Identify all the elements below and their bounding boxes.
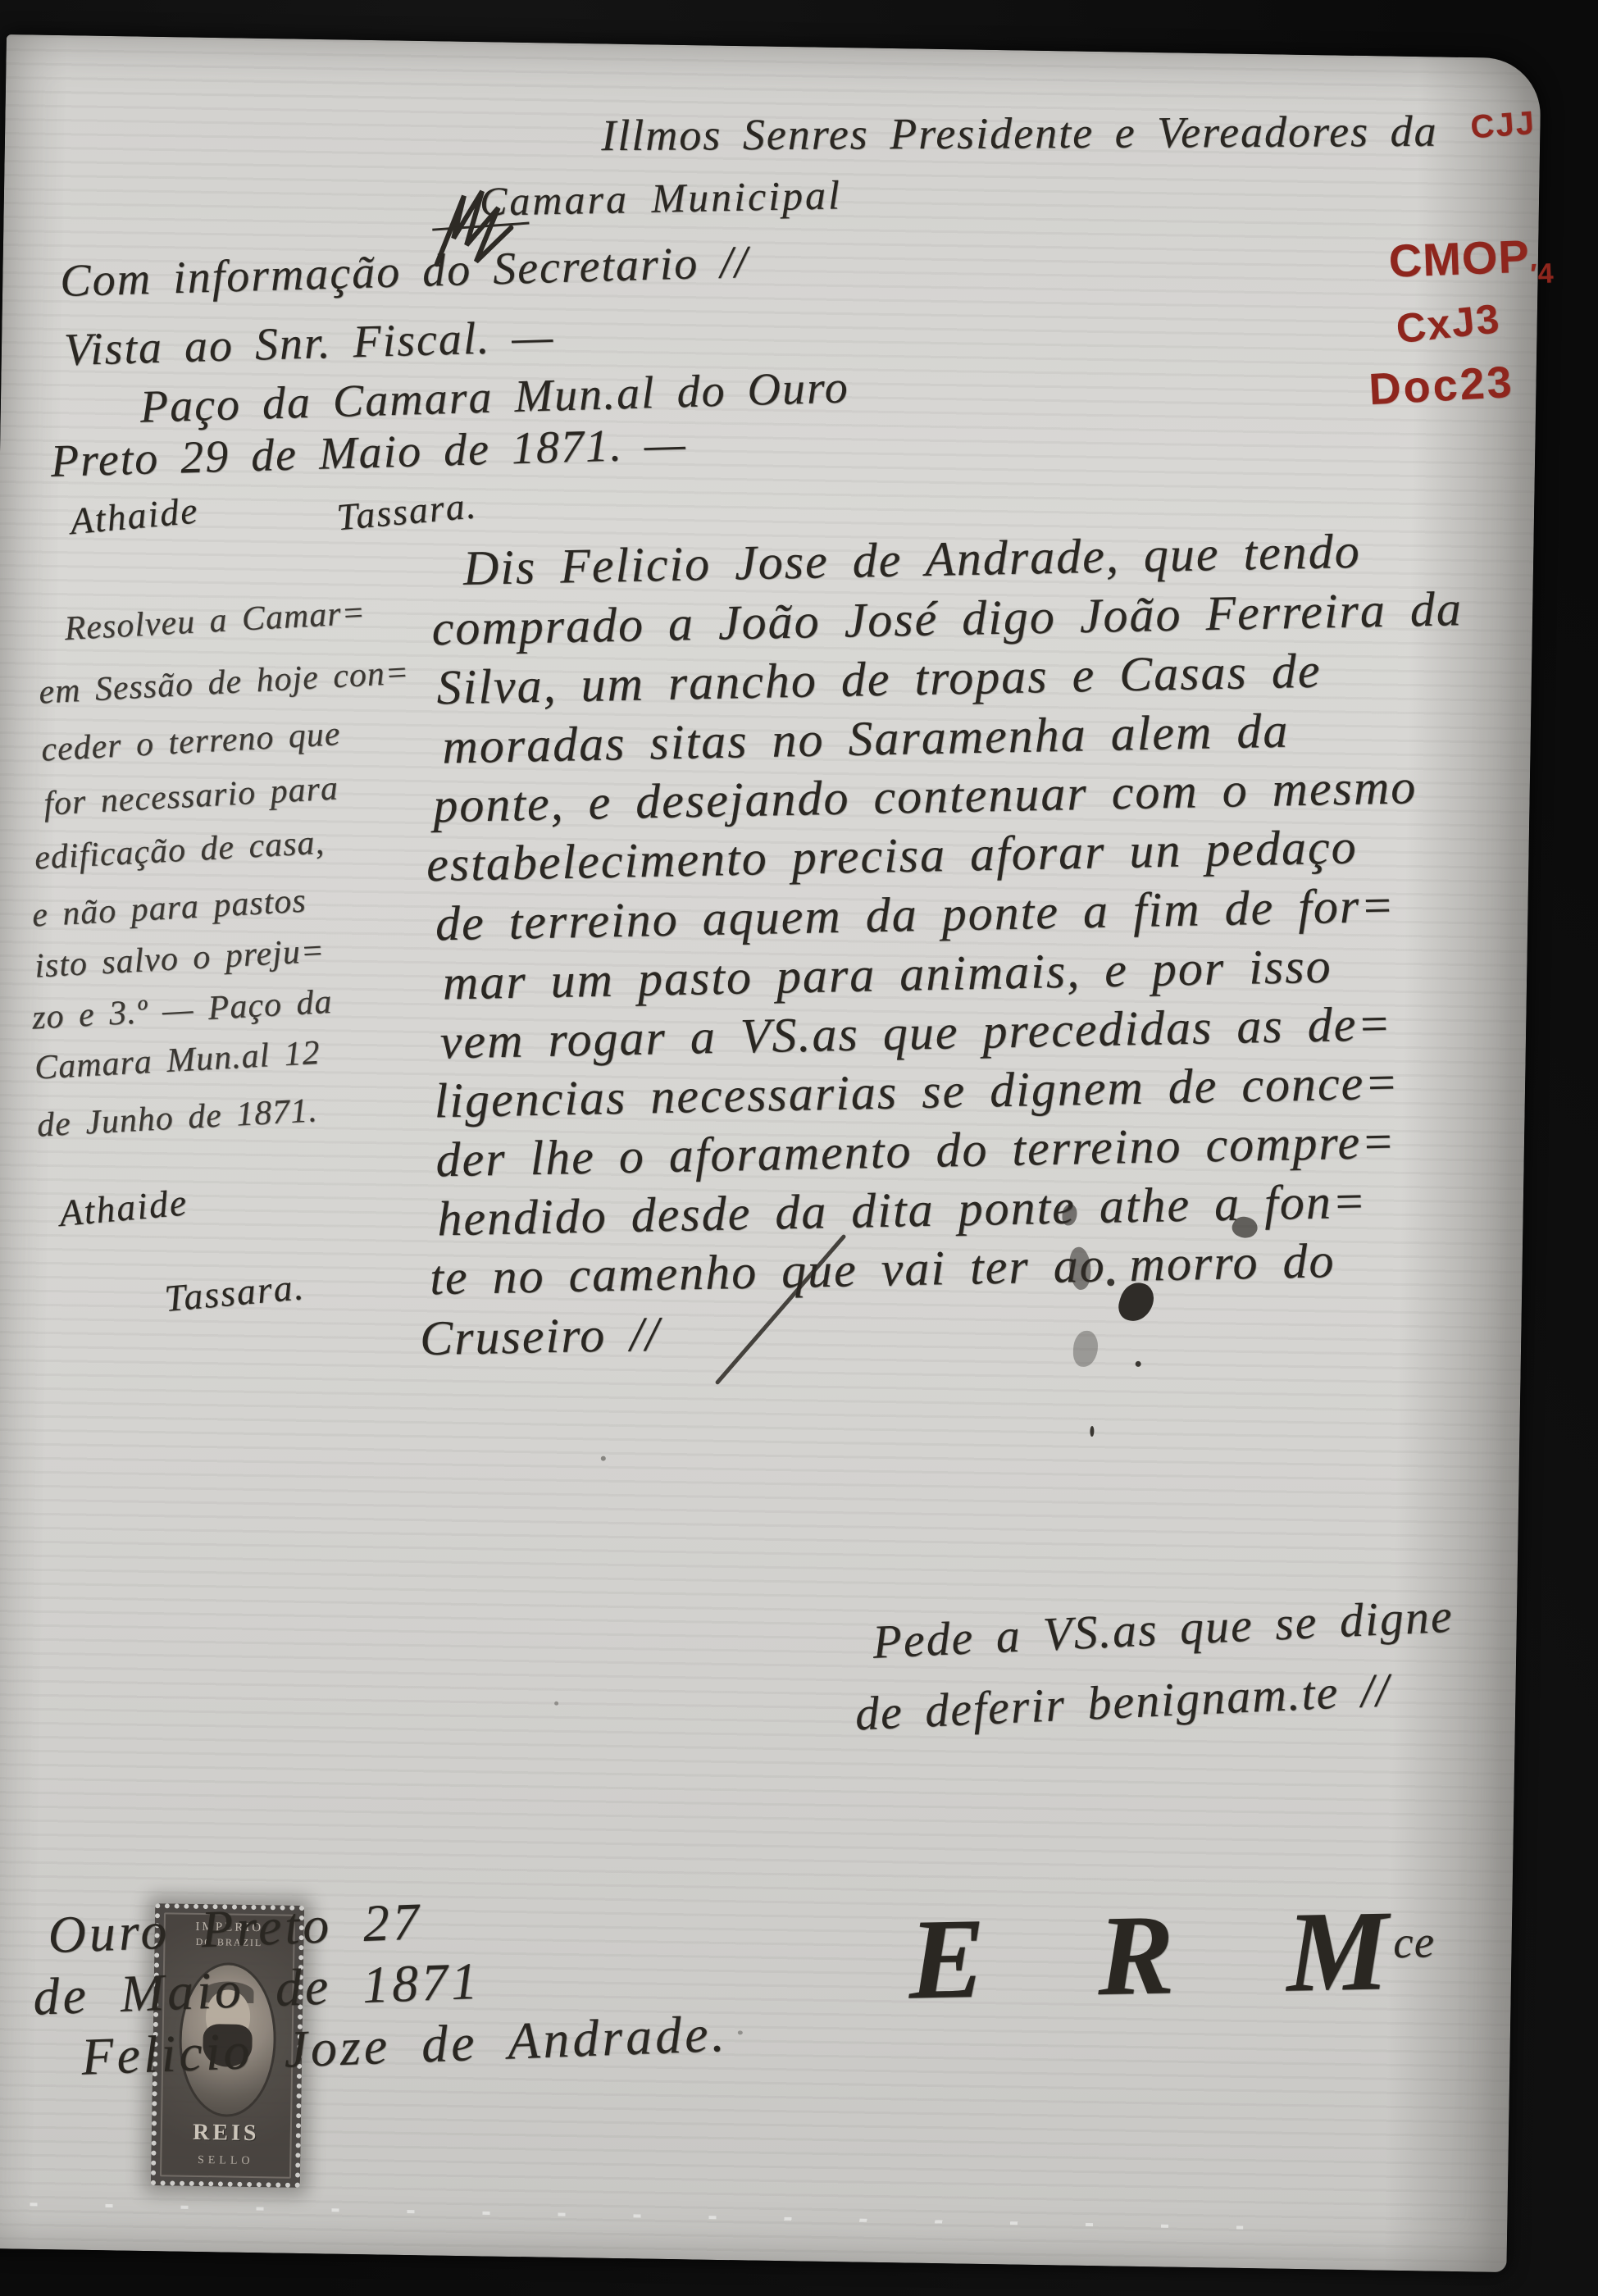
margin-note-line-5: edificação de casa, — [34, 823, 326, 878]
stamp-value-label: REIS — [162, 2119, 290, 2147]
archival-doc-number: Doc23 — [1368, 357, 1515, 415]
margin-note-line-10: de Junho de 1871. — [36, 1091, 319, 1145]
header-salutation-line: Illmos Senres Presidente e Vereadores da — [601, 106, 1438, 161]
erm-letters: E R M — [908, 1887, 1395, 2023]
margin-note-line-9: Camara Mun.al 12 — [34, 1033, 321, 1088]
despacho-line-2: Vista ao Snr. Fiscal. — — [63, 310, 555, 376]
ink-speck — [1107, 1278, 1114, 1286]
margin-signature-tassara: Tassara. — [162, 1264, 307, 1320]
despacho-signature-athaide: Athaide — [68, 488, 200, 543]
margin-note-line-4: for necessario para — [43, 768, 339, 823]
ink-speck — [1136, 1361, 1141, 1367]
archival-collection-code: CMOP′4 — [1388, 228, 1555, 295]
archival-box-code: CxJ3 — [1394, 294, 1503, 353]
dust-speck — [601, 1456, 606, 1461]
manuscript-paper: CJJ CMOP′4 CxJ3 Doc23 Illmos Senres Pres… — [0, 34, 1541, 2272]
erm-superscript: ce — [1393, 1916, 1436, 1967]
margin-note-line-7: isto salvo o preju= — [34, 932, 326, 986]
margin-note-line-6: e não para pastos — [31, 881, 307, 936]
margin-note-line-2: em Sessão de hoje con= — [38, 653, 410, 712]
stamp-sello-label: SELLO — [162, 2153, 289, 2168]
margin-note-line-1: Resolveu a Camar= — [63, 593, 366, 649]
ink-speck — [1090, 1426, 1094, 1437]
margin-note-line-3: ceder o terreno que — [40, 714, 342, 770]
margin-signature-athaide: Athaide — [57, 1180, 189, 1235]
archival-collection-number: ′4 — [1530, 257, 1555, 289]
ink-scribble — [428, 185, 536, 277]
scanned-document-page: CJJ CMOP′4 CxJ3 Doc23 Illmos Senres Pres… — [0, 0, 1598, 2296]
body-line-14: Cruseiro // — [419, 1305, 661, 1367]
despacho-signature-tassara: Tassara. — [335, 483, 479, 539]
erm-closing-formula: E R Mce — [908, 1884, 1436, 2025]
dust-speck — [738, 2030, 743, 2034]
despacho-line-1: Com informação do Secretario // — [59, 236, 749, 307]
margin-note-line-8: zo e 3.º — Paço da — [31, 982, 334, 1038]
petition-request-line-1: Pede a VS.as que se digne — [872, 1588, 1455, 1670]
dust-speck — [554, 1701, 558, 1706]
scan-glint-artifact — [30, 2203, 1243, 2229]
archival-collection-text: CMOP — [1388, 230, 1531, 286]
petition-request-line-2: de deferir benignam.te // — [854, 1662, 1391, 1742]
archival-corner-code: CJJ — [1469, 105, 1537, 147]
ink-blot — [1073, 1331, 1099, 1367]
